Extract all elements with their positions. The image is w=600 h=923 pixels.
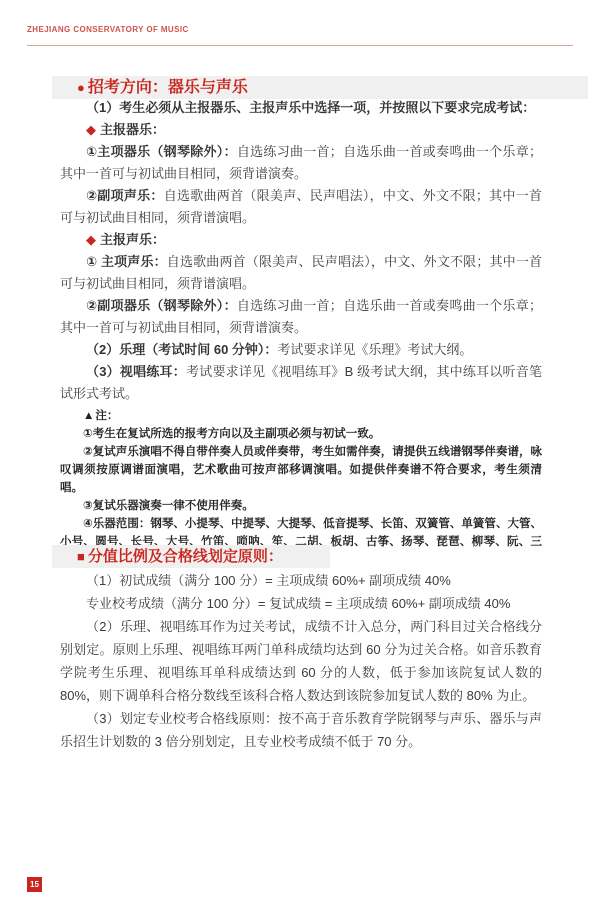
note-item-2: ②复试声乐演唱不得自带伴奏人员或伴奏带，考生如需伴奏，请提供五线谱钢琴伴奏谱，咏…	[60, 443, 542, 497]
section2-title-text: 分值比例及合格线划定原则：	[88, 545, 283, 568]
triangle-icon: ▲	[83, 410, 94, 422]
paragraph-score-formula-initial: （1）初试成绩（满分 100 分）= 主项成绩 60%+ 副项成绩 40%	[60, 569, 542, 592]
circle-bullet-icon: ●	[77, 76, 85, 99]
paragraph-music-theory: （2）乐理（考试时间 60 分钟）：考试要求详见《乐理》考试大纲。	[60, 339, 542, 361]
section1-title-bar: ● 招考方向：器乐与声乐	[52, 76, 588, 99]
page-number-badge: 15	[27, 877, 42, 892]
header-divider-line	[27, 45, 573, 46]
paragraph-main-instrumental-item2: ②副项声乐：自选歌曲两首（限美声、民声唱法），中文、外文不限；其中一首可与初试曲…	[60, 185, 542, 229]
notes-heading: ▲注：	[60, 407, 542, 425]
section2-title-bar: ■ 分值比例及合格线划定原则：	[52, 545, 330, 568]
note-item-3: ③复试乐器演奏一律不使用伴奏。	[60, 497, 542, 515]
section2-title: ■ 分值比例及合格线划定原则：	[77, 545, 283, 568]
paragraph-score-formula-final: 专业校考成绩（满分 100 分）= 复试成绩 = 主项成绩 60%+ 副项成绩 …	[60, 592, 542, 615]
paragraph-pass-line-rule: （2）乐理、视唱练耳作为过关考试，成绩不计入总分，两门科目过关合格线分别划定。原…	[60, 615, 542, 707]
paragraph-main-vocal-item2: ②副项器乐（钢琴除外）：自选练习曲一首；自选乐曲一首或奏鸣曲一个乐章；其中一首可…	[60, 295, 542, 339]
section2-body: （1）初试成绩（满分 100 分）= 主项成绩 60%+ 副项成绩 40% 专业…	[60, 569, 542, 753]
conservatory-brand-text: ZHEJIANG CONSERVATORY OF MUSIC	[27, 25, 189, 34]
square-bullet-icon: ■	[77, 545, 85, 568]
document-page: ZHEJIANG CONSERVATORY OF MUSIC ● 招考方向：器乐…	[0, 0, 600, 923]
section1-body: （1）考生必须从主报器乐、主报声乐中选择一项，并按照以下要求完成考试： ◆主报器…	[60, 97, 542, 569]
paragraph-main-instrumental-item1: ①主项器乐（钢琴除外）：自选练习曲一首；自选乐曲一首或奏鸣曲一个乐章；其中一首可…	[60, 141, 542, 185]
section1-title: ● 招考方向：器乐与声乐	[77, 76, 248, 99]
sub-heading-main-vocal: ◆主报声乐：	[60, 229, 542, 251]
diamond-icon: ◆	[86, 122, 96, 137]
paragraph-sight-singing: （3）视唱练耳：考试要求详见《视唱练耳》B 级考试大纲，其中练耳以听音笔试形式考…	[60, 361, 542, 405]
diamond-icon: ◆	[86, 232, 96, 247]
paragraph-main-vocal-item1: ① 主项声乐：自选歌曲两首（限美声、民声唱法），中文、外文不限；其中一首可与初试…	[60, 251, 542, 295]
paragraph-qualification-line-rule: （3）划定专业校考合格线原则：按不高于音乐教育学院钢琴与声乐、器乐与声乐招生计划…	[60, 707, 542, 753]
paragraph-exam-selection: （1）考生必须从主报器乐、主报声乐中选择一项，并按照以下要求完成考试：	[60, 97, 542, 119]
sub-heading-main-instrumental: ◆主报器乐：	[60, 119, 542, 141]
note-item-1: ①考生在复试所选的报考方向以及主副项必须与初试一致。	[60, 425, 542, 443]
section1-title-text: 招考方向：器乐与声乐	[88, 76, 248, 99]
